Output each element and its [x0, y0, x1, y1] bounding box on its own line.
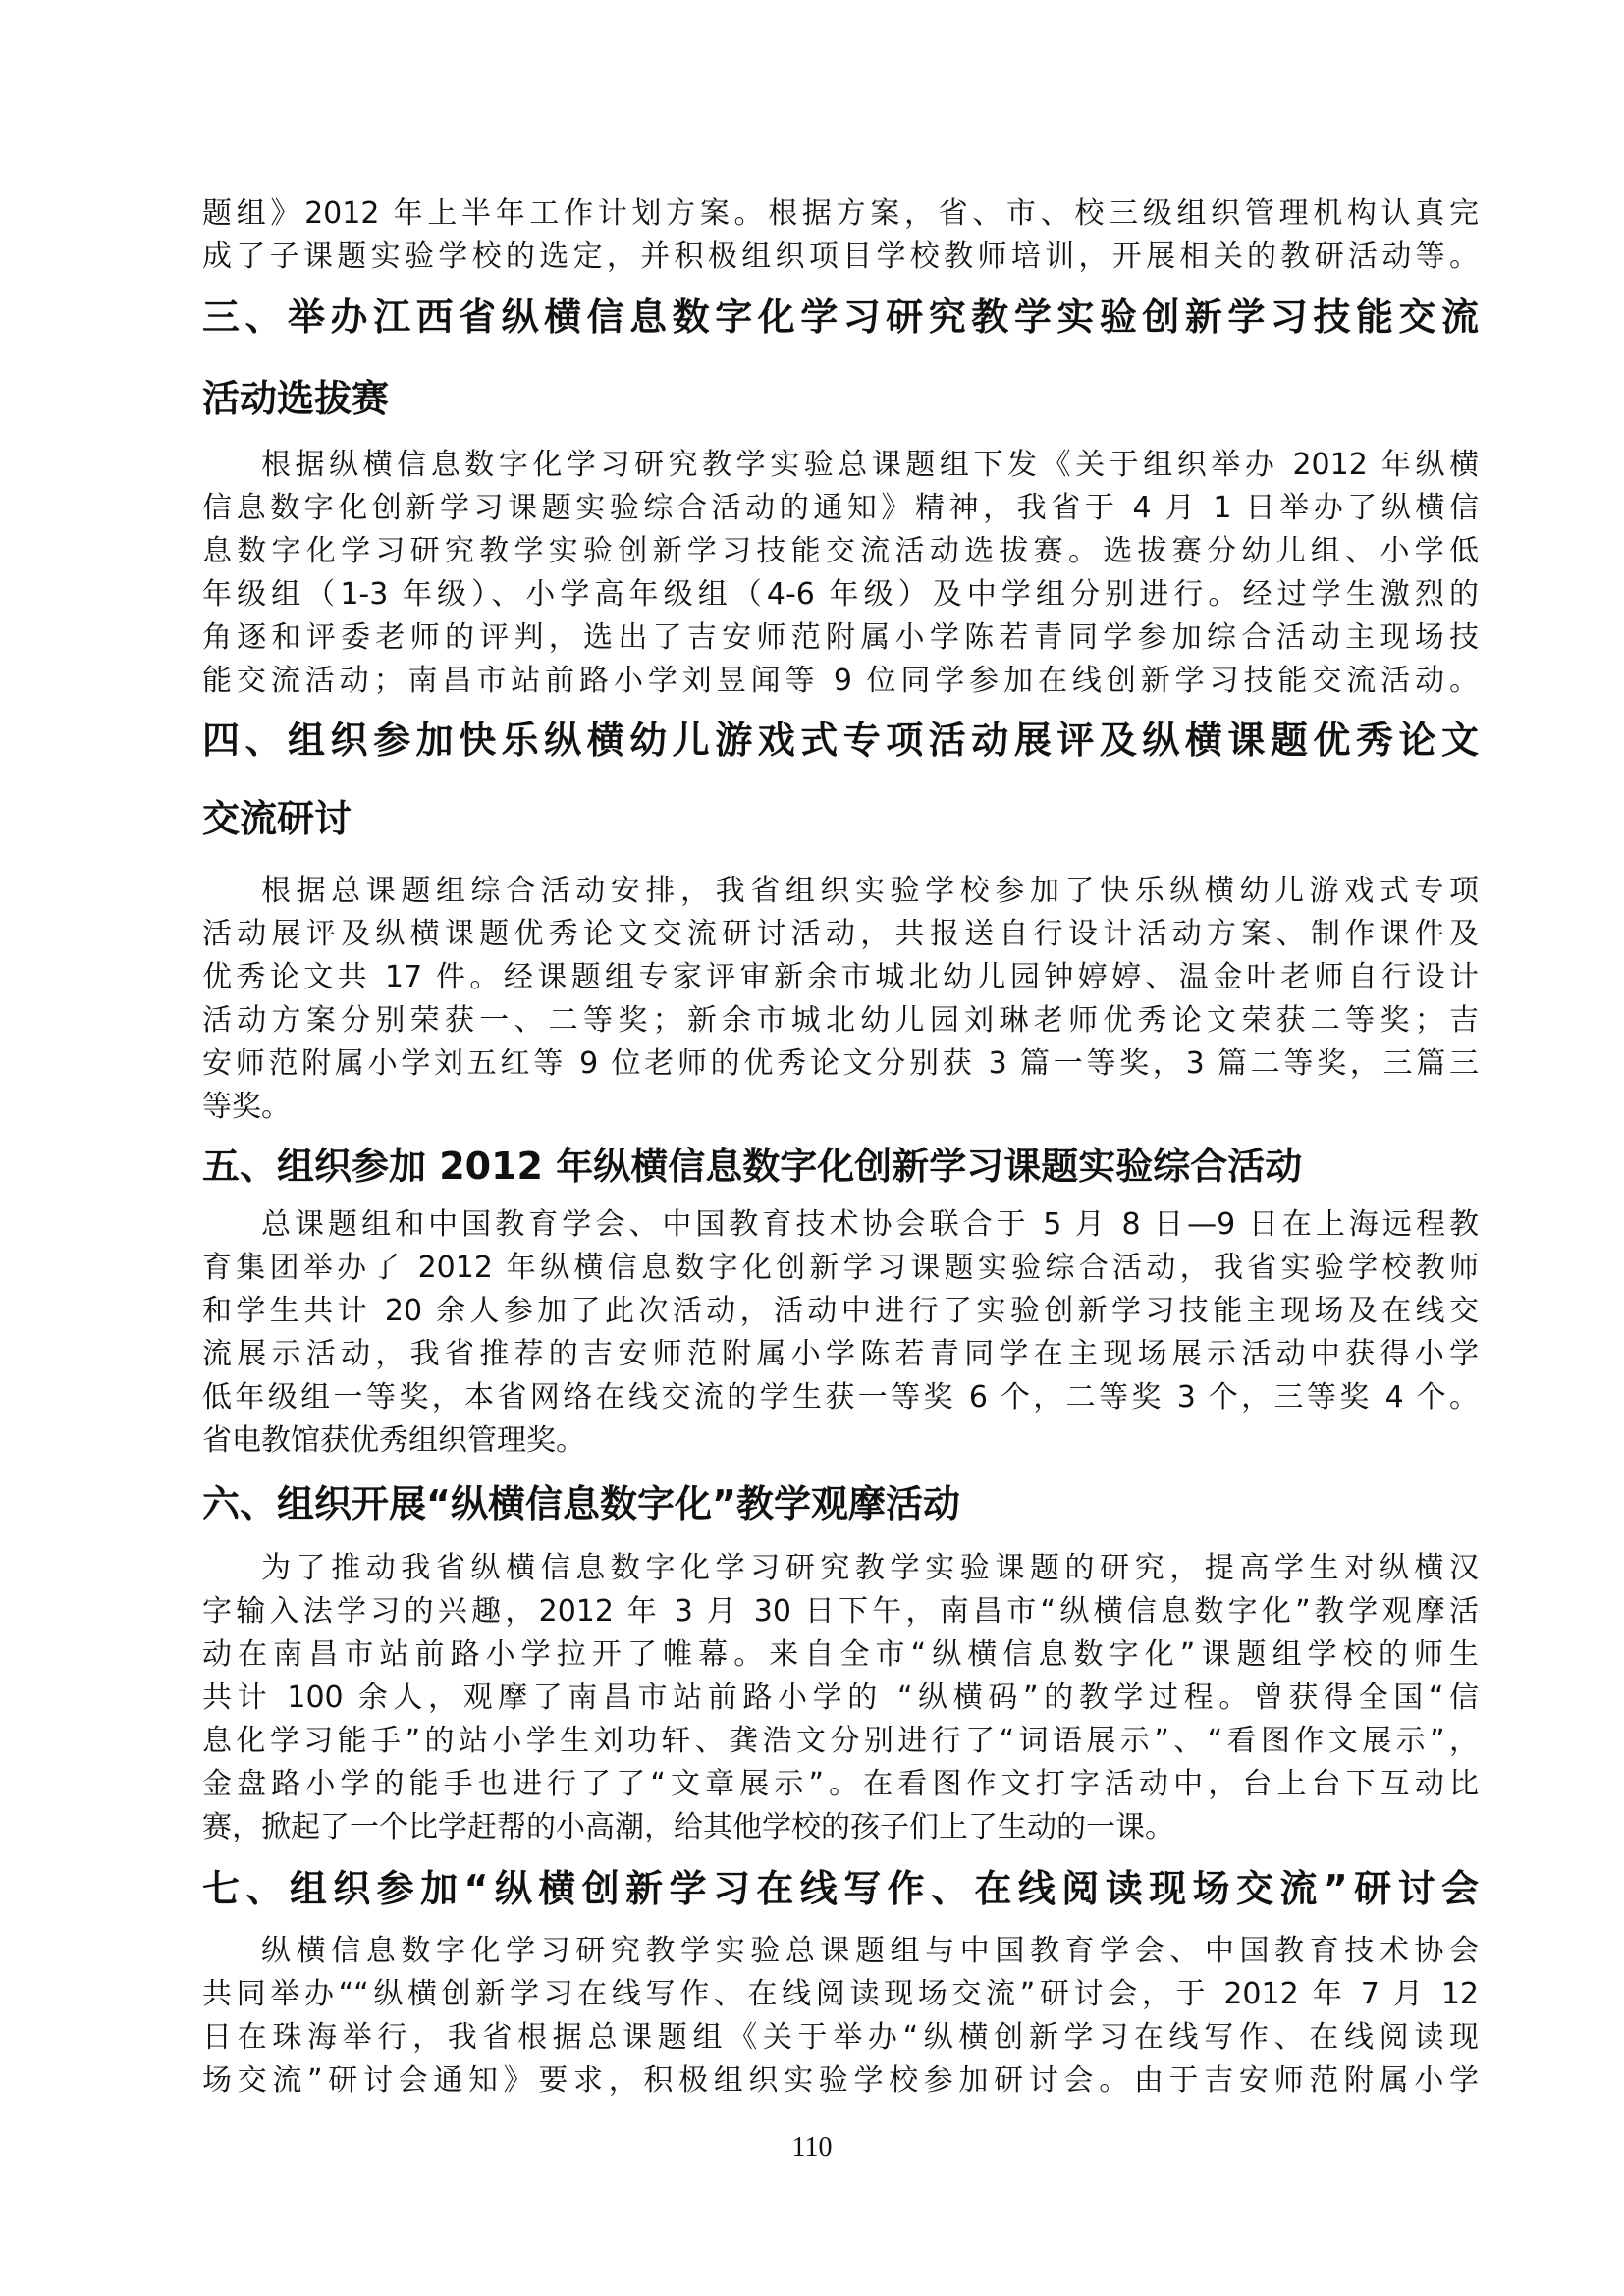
paragraph-line: 信息数字化创新学习课题实验综合活动的通知》精神，我省于 4 月 1 日举办了纵横… [202, 487, 1479, 530]
paragraph-line: 纵横信息数字化学习研究教学实验总课题组与中国教育学会、中国教育技术协会 [261, 1930, 1479, 1973]
paragraph-line: 总课题组和中国教育学会、中国教育技术协会联合于 5 月 8 日—9 日在上海远程… [261, 1203, 1479, 1247]
paragraph-line: 省电教馆获优秀组织管理奖。 [202, 1419, 1479, 1463]
paragraph-line: 字输入法学习的兴趣，2012 年 3 月 30 日下午，南昌市“纵横信息数字化”… [202, 1590, 1479, 1633]
paragraph-line: 共同举办““纵横创新学习在线写作、在线阅读现场交流”研讨会，于 2012 年 7… [202, 1973, 1479, 2016]
paragraph-line: 年级组（1-3 年级）、小学高年级组（4-6 年级）及中学组分别进行。经过学生激… [202, 573, 1479, 616]
paragraph-line: 等奖。 [202, 1086, 1479, 1129]
paragraph-line: 根据总课题组综合活动安排，我省组织实验学校参加了快乐纵横幼儿游戏式专项 [261, 870, 1479, 913]
paragraph-line: 安师范附属小学刘五红等 9 位老师的优秀论文分别获 3 篇一等奖，3 篇二等奖，… [202, 1042, 1479, 1086]
paragraph-line: 低年级组一等奖，本省网络在线交流的学生获一等奖 6 个，二等奖 3 个，三等奖 … [202, 1376, 1479, 1419]
paragraph-line: 金盘路小学的能手也进行了了“文章展示”。在看图作文打字活动中，台上台下互动比 [202, 1763, 1479, 1806]
paragraph-line: 活动展评及纵横课题优秀论文交流研讨活动，共报送自行设计活动方案、制作课件及 [202, 913, 1479, 956]
paragraph-line: 能交流活动；南昌市站前路小学刘昱闻等 9 位同学参加在线创新学习技能交流活动。 [202, 660, 1479, 703]
paragraph-line: 成了子课题实验学校的选定，并积极组织项目学校教师培训，开展相关的教研活动等。 [202, 236, 1479, 279]
paragraph-line: 题组》2012 年上半年工作计划方案。根据方案，省、市、校三级组织管理机构认真完 [202, 192, 1479, 236]
paragraph-line: 赛，掀起了一个比学赶帮的小高潮，给其他学校的孩子们上了生动的一课。 [202, 1806, 1479, 1849]
page-number: 110 [0, 2130, 1624, 2165]
paragraph-line: 根据纵横信息数字化学习研究教学实验总课题组下发《关于组织举办 2012 年纵横 [261, 444, 1479, 487]
paragraph-line: 息数字化学习研究教学实验创新学习技能交流活动选拔赛。选拔赛分幼儿组、小学低 [202, 530, 1479, 573]
paragraph-line: 优秀论文共 17 件。经课题组专家评审新余市城北幼儿园钟婷婷、温金叶老师自行设计 [202, 956, 1479, 999]
paragraph-line: 活动方案分别荣获一、二等奖；新余市城北幼儿园刘琳老师优秀论文荣获二等奖；吉 [202, 999, 1479, 1042]
section-heading-3-cont: 活动选拔赛 [202, 371, 1479, 426]
section-heading-4: 四、组织参加快乐纵横幼儿游戏式专项活动展评及纵横课题优秀论文 [202, 713, 1479, 768]
paragraph-line: 流展示活动，我省推荐的吉安师范附属小学陈若青同学在主现场展示活动中获得小学 [202, 1333, 1479, 1376]
paragraph-line: 动在南昌市站前路小学拉开了帷幕。来自全市“纵横信息数字化”课题组学校的师生 [202, 1633, 1479, 1677]
section-heading-5: 五、组织参加 2012 年纵横信息数字化创新学习课题实验综合活动 [202, 1139, 1479, 1194]
paragraph-line: 为了推动我省纵横信息数字化学习研究教学实验课题的研究，提高学生对纵横汉 [261, 1547, 1479, 1590]
section-heading-3: 三、举办江西省纵横信息数字化学习研究教学实验创新学习技能交流 [202, 290, 1479, 345]
section-heading-7: 七、组织参加“纵横创新学习在线写作、在线阅读现场交流”研讨会 [202, 1861, 1479, 1916]
paragraph-line: 息化学习能手”的站小学生刘功轩、龚浩文分别进行了“词语展示”、“看图作文展示”， [202, 1720, 1479, 1763]
paragraph-line: 角逐和评委老师的评判，选出了吉安师范附属小学陈若青同学参加综合活动主现场技 [202, 616, 1479, 660]
paragraph-line: 育集团举办了 2012 年纵横信息数字化创新学习课题实验综合活动，我省实验学校教… [202, 1247, 1479, 1290]
section-heading-4-cont: 交流研讨 [202, 791, 1479, 846]
paragraph-line: 和学生共计 20 余人参加了此次活动，活动中进行了实验创新学习技能主现场及在线交 [202, 1290, 1479, 1333]
paragraph-line: 日在珠海举行，我省根据总课题组《关于举办“纵横创新学习在线写作、在线阅读现 [202, 2016, 1479, 2059]
document-page: 题组》2012 年上半年工作计划方案。根据方案，省、市、校三级组织管理机构认真完… [0, 0, 1624, 2296]
section-heading-6: 六、组织开展“纵横信息数字化”教学观摩活动 [202, 1476, 1479, 1531]
paragraph-line: 共计 100 余人，观摩了南昌市站前路小学的 “纵横码”的教学过程。曾获得全国“… [202, 1677, 1479, 1720]
paragraph-line: 场交流”研讨会通知》要求，积极组织实验学校参加研讨会。由于吉安师范附属小学 [202, 2059, 1479, 2103]
